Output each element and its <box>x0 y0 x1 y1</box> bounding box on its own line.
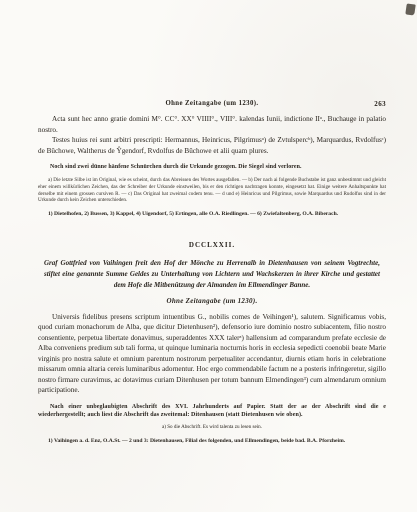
running-head-title: Ohne Zeitangabe (um 1230). <box>165 100 258 107</box>
letter-footnotes: a) Die letzte Silbe ist im Original, wie… <box>38 177 386 204</box>
archival-note: Noch sind zwei dünne hänfene Schnürchen … <box>38 163 386 171</box>
scanned-book-page: { "page": { "running_head": "Ohne Zeitan… <box>0 0 417 512</box>
bottom-number-footnotes: 1) Vaihingen a. d. Enz, O.A.St. — 2 und … <box>38 438 386 446</box>
page-number: 263 <box>374 100 386 108</box>
source-note: Nach einer unbeglaubigten Abschrift des … <box>38 403 386 419</box>
charter-dateline: Ohne Zeitangabe (um 1230). <box>38 297 386 305</box>
letter-footnote-a: a) So die Abschrift. Es wird talenta zu … <box>38 424 386 431</box>
charter-summary: Graf Gottfried von Vaihingen freit den H… <box>38 258 386 291</box>
charter-body: Universis fidelibus presens scriptum int… <box>38 312 386 396</box>
number-footnotes: 1) Dietelhofen, 2) Bussen, 3) Kappel, 4)… <box>38 211 386 219</box>
scan-artifact <box>405 3 415 15</box>
charter-number-heading: DCCLXXII. <box>38 241 386 249</box>
testes-paragraph: Testes huius rei sunt arbitri prescripti… <box>38 135 386 156</box>
running-head: Ohne Zeitangabe (um 1230). 263 <box>38 100 386 107</box>
text-block: Ohne Zeitangabe (um 1230). 263 Acta sunt… <box>38 100 386 446</box>
acta-paragraph: Acta sunt hec anno gratie domini M°. CC°… <box>38 114 386 135</box>
